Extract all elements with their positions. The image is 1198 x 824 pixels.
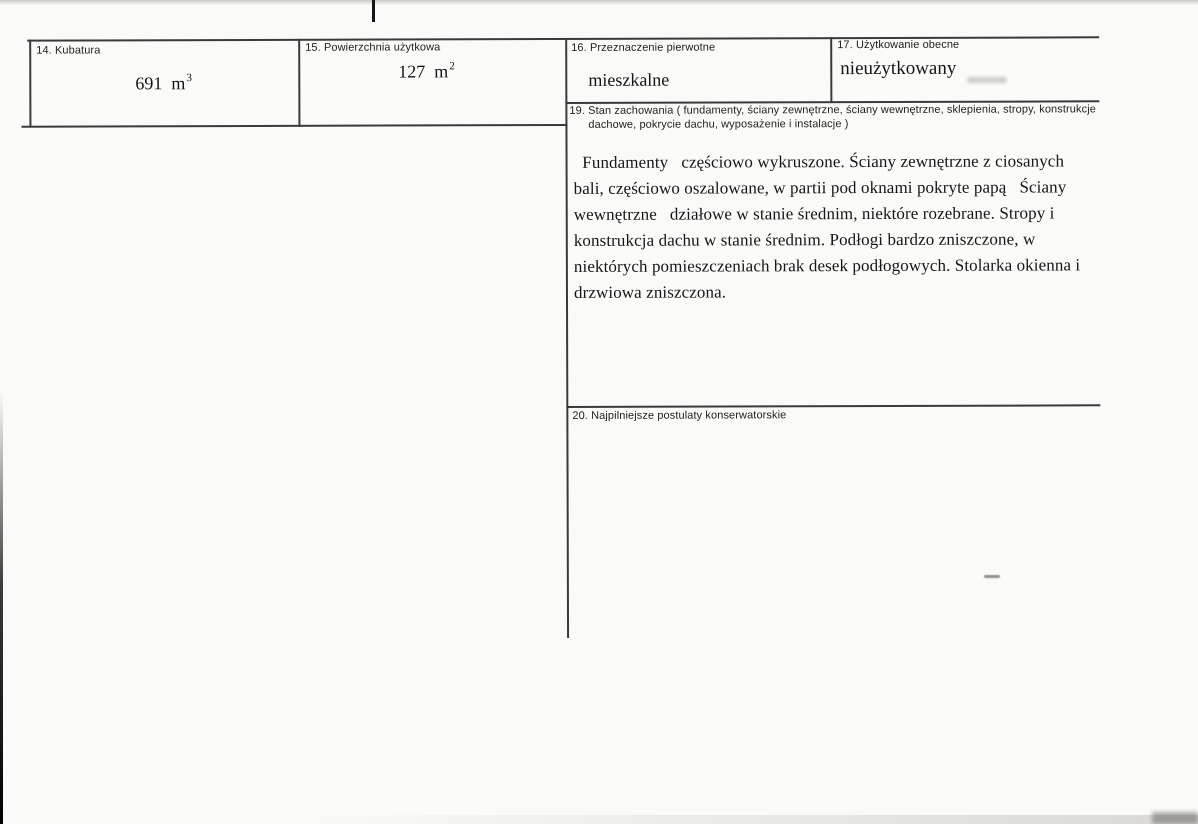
scan-artifact-bottom-corner	[1152, 812, 1198, 824]
scan-artifact-top-edge	[0, 0, 1198, 5]
field-16-label: 16. Przeznaczenie pierwotne	[571, 42, 715, 56]
field-14-label: 14. Kubatura	[36, 44, 100, 58]
field-17-label: 17. Użytkowanie obecne	[837, 39, 959, 53]
field-14-number: 691	[135, 73, 162, 93]
scanned-form-page: 14. Kubatura 691m3 15. Powierzchnia użyt…	[0, 0, 1198, 824]
scan-artifact-smudge	[967, 77, 1007, 83]
rule-divider-16-17	[830, 37, 832, 103]
scan-artifact-top-tick	[372, 0, 375, 22]
rule-divider-14-15	[298, 39, 300, 127]
field-17-value: nieużytkowany	[840, 58, 956, 80]
form-grid: 14. Kubatura 691m3 15. Powierzchnia użyt…	[0, 0, 1198, 824]
field-15-unit: m2	[434, 61, 454, 81]
field-15-number: 127	[398, 61, 425, 81]
field-14-value: 691m3	[135, 73, 191, 94]
field-19-label: 19. Stan zachowania ( fundamenty, ściany…	[569, 103, 1109, 132]
field-20-text	[574, 428, 1094, 430]
field-14-unit: m3	[171, 73, 191, 93]
field-20-label: 20. Najpilniejsze postulaty konserwators…	[572, 409, 786, 423]
scan-artifact-dash	[984, 575, 1000, 578]
rule-top-box20	[566, 404, 1100, 408]
scan-artifact-bottom-edge	[300, 815, 1198, 824]
field-19-text: Fundamenty częściowo wykruszone. Ściany …	[574, 148, 1119, 306]
rule-left-box14	[29, 40, 31, 128]
scan-artifact-left-edge	[0, 392, 3, 824]
rule-bottom-row-14-15	[21, 124, 567, 128]
field-15-label: 15. Powierzchnia użytkowa	[305, 41, 440, 55]
field-15-value: 127m2	[398, 61, 454, 82]
field-16-value: mieszkalne	[588, 70, 669, 91]
